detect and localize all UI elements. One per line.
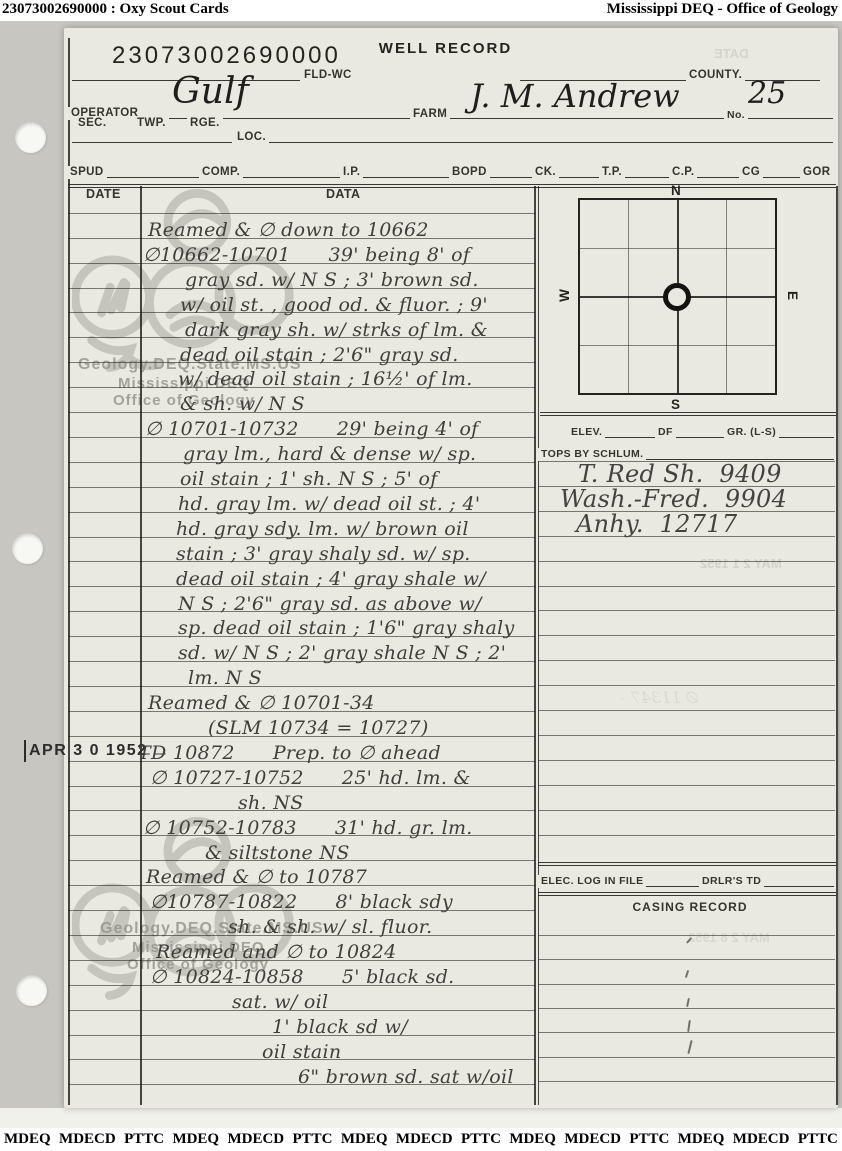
footer-org-label: MDECD xyxy=(564,1131,621,1148)
punch-hole xyxy=(15,122,46,153)
punch-hole xyxy=(12,533,43,564)
footer-org-label: PTTC xyxy=(124,1131,164,1148)
footer-org-label: PTTC xyxy=(629,1131,669,1148)
footer-org-label: MDECD xyxy=(227,1131,284,1148)
punch-hole xyxy=(16,975,47,1006)
footer-org-label: MDECD xyxy=(59,1131,116,1148)
footer-org-label: PTTC xyxy=(293,1131,333,1148)
footer-org-label: PTTC xyxy=(798,1131,838,1148)
footer-org-label: MDEQ xyxy=(172,1131,219,1148)
footer-org-label: MDEQ xyxy=(678,1131,725,1148)
footer-org-label: PTTC xyxy=(461,1131,501,1148)
footer-org-label: MDEQ xyxy=(341,1131,388,1148)
tops-entry: Anhy. 12717 xyxy=(576,509,737,539)
viewer-footer-bar: MDEQMDECDPTTCMDEQMDECDPTTCMDEQMDECDPTTCM… xyxy=(0,1128,842,1151)
footer-org-label: MDEQ xyxy=(509,1131,556,1148)
well-record-scan-page: Geology.DEQ.State.MS.US Mississippi DEQ … xyxy=(0,0,842,1151)
viewer-header-bar: 23073002690000 : Oxy Scout Cards Mississ… xyxy=(0,0,842,21)
document-id-title: 23073002690000 : Oxy Scout Cards xyxy=(2,1,229,18)
source-agency-title: Mississippi DEQ - Office of Geology xyxy=(607,1,838,18)
footer-org-label: MDECD xyxy=(733,1131,790,1148)
footer-org-label: MDEQ xyxy=(4,1131,51,1148)
footer-org-label: MDECD xyxy=(396,1131,453,1148)
formation-tops-entries: T. Red Sh. 9409Wash.-Fred. 9904Anhy. 127… xyxy=(0,0,842,1151)
